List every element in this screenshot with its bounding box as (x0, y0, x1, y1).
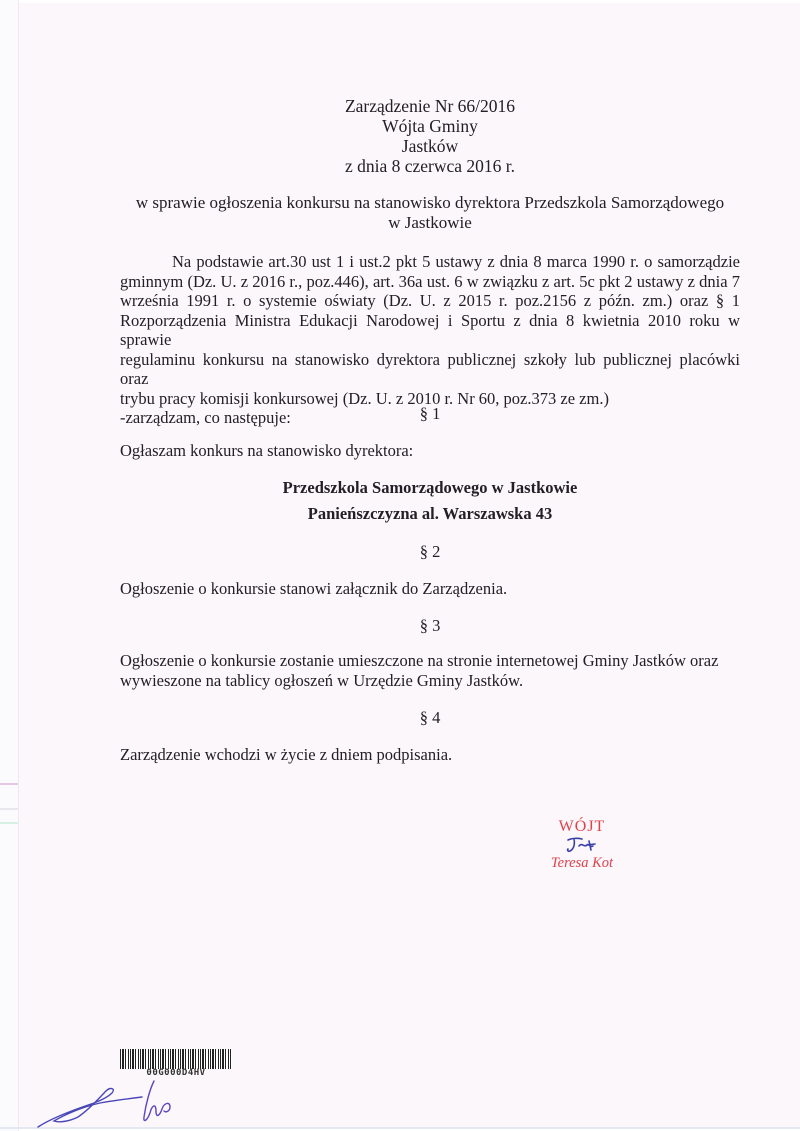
section-3-mark: § 3 (380, 616, 480, 636)
subject-line: w Jastkowie (100, 213, 760, 233)
issuer: Wójta Gminy (250, 116, 610, 136)
section-4-text: Zarządzenie wchodzi w życie z dniem podp… (120, 744, 760, 766)
section-1-text: Ogłaszam konkurs na stanowisko dyrektora… (120, 440, 760, 462)
section-1-mark: § 1 (380, 404, 480, 424)
section-3-line: wywieszone na tablicy ogłoszeń w Urzędzi… (120, 671, 760, 691)
mayor-stamp: WÓJT Teresa Kot (532, 818, 632, 872)
ordinance-date: z dnia 8 czerwca 2016 r. (250, 156, 610, 176)
scan-artifact (0, 822, 18, 824)
scan-artifact (0, 783, 18, 785)
preamble-line: regulaminu konkursu na stanowisko dyrekt… (120, 350, 740, 389)
document-subject: w sprawie ogłoszenia konkursu na stanowi… (100, 193, 760, 233)
mayor-name: Teresa Kot (532, 854, 632, 872)
school-address: Panieńszczyzna al. Warszawska 43 (100, 503, 760, 525)
subject-line: w sprawie ogłoszenia konkursu na stanowi… (100, 193, 760, 213)
section-2-mark: § 2 (380, 542, 480, 562)
preamble-line: gminnym (Dz. U. z 2016 r., poz.446), art… (120, 272, 740, 292)
preamble-line: Na podstawie art.30 ust 1 i ust.2 pkt 5 … (120, 252, 740, 272)
section-3-line: Ogłoszenie o konkursie zostanie umieszcz… (120, 651, 760, 671)
municipality: Jastków (250, 136, 610, 156)
handwritten-signature-icon (532, 836, 632, 854)
legal-basis-paragraph: Na podstawie art.30 ust 1 i ust.2 pkt 5 … (120, 252, 740, 428)
stamp-title: WÓJT (532, 818, 632, 836)
preamble-line: września 1991 r. o systemie oświaty (Dz.… (120, 291, 740, 311)
document-header: Zarządzenie Nr 66/2016 Wójta Gminy Jastk… (250, 96, 610, 176)
scan-artifact (0, 808, 18, 810)
section-4-mark: § 4 (380, 708, 480, 728)
ordinance-number: Zarządzenie Nr 66/2016 (250, 96, 610, 116)
school-name: Przedszkola Samorządowego w Jastkowie (100, 477, 760, 499)
handwritten-initials-icon (30, 1075, 190, 1131)
scan-margin-strip (0, 0, 19, 1131)
section-2-text: Ogłoszenie o konkursie stanowi załącznik… (120, 578, 760, 600)
preamble-line: Rozporządzenia Ministra Edukacji Narodow… (120, 311, 740, 350)
section-3-text: Ogłoszenie o konkursie zostanie umieszcz… (120, 651, 760, 691)
barcode (120, 1049, 232, 1069)
